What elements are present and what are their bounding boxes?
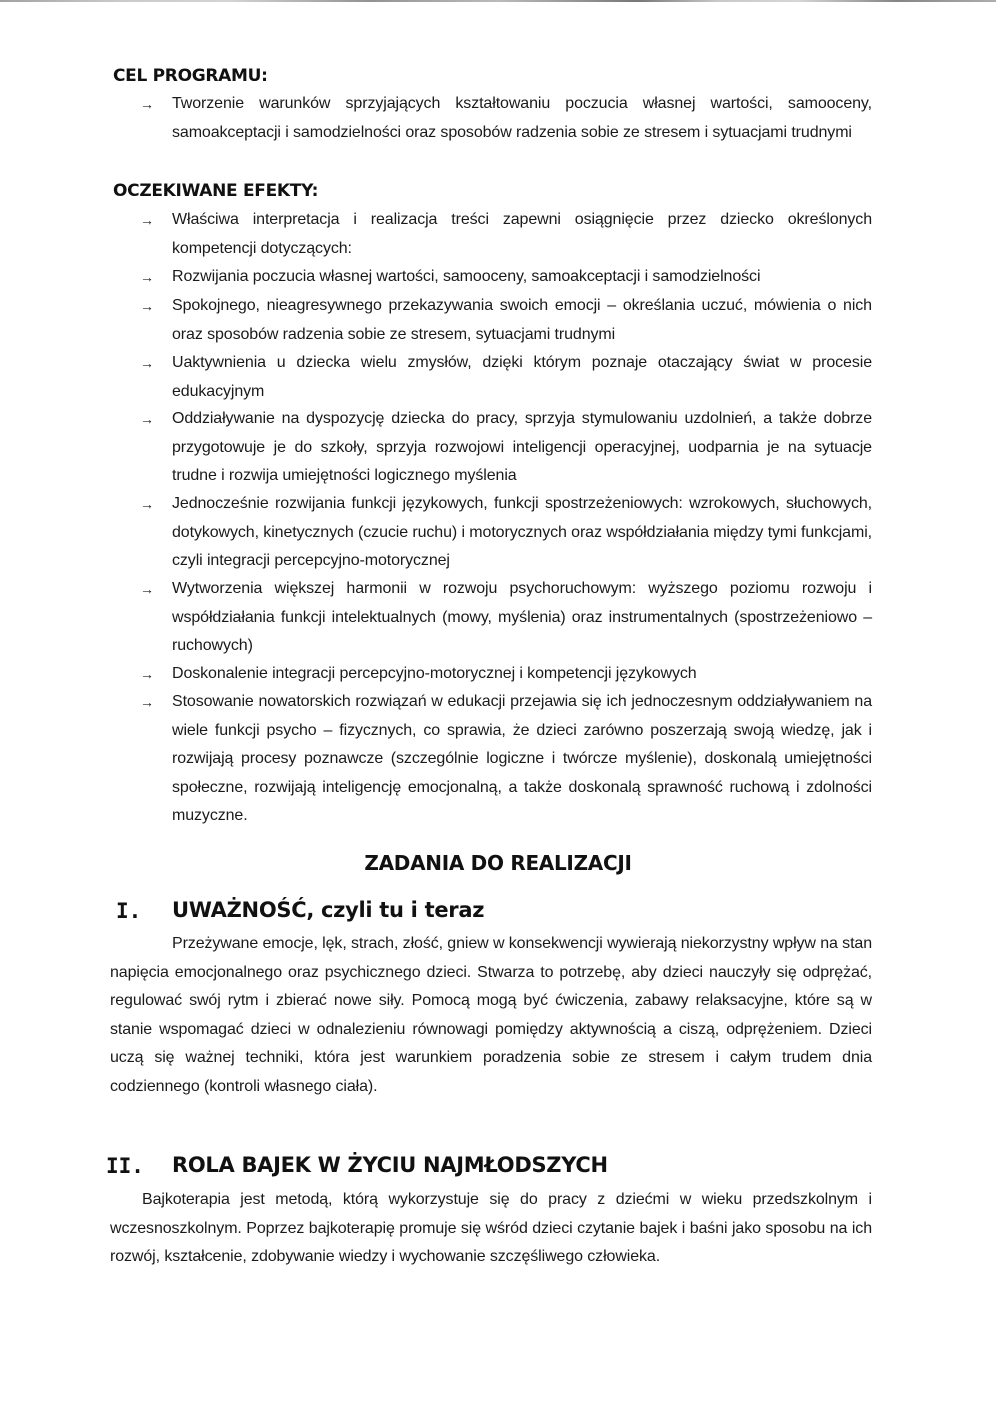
effect-item: → Uaktywnienia u dziecka wielu zmysłów, … (140, 349, 872, 406)
effect-item-text: Uaktywnienia u dziecka wielu zmysłów, dz… (172, 349, 872, 406)
effect-item-text: Oddziaływanie na dyspozycję dziecka do p… (172, 405, 872, 491)
section-2-body: Bajkoterapia jest metodą, którą wykorzys… (110, 1186, 872, 1272)
goal-item: → Tworzenie warunków sprzyjających kszta… (140, 90, 872, 147)
effect-item-text: Spokojnego, nieagresywnego przekazywania… (172, 292, 872, 349)
document-page: CEL PROGRAMU: → Tworzenie warunków sprzy… (0, 0, 996, 1411)
arrow-bullet-icon: → (140, 688, 154, 716)
arrow-bullet-icon: → (140, 660, 154, 688)
section-2-numeral: II. (106, 1154, 144, 1178)
effect-item-text: Wytworzenia większej harmonii w rozwoju … (172, 575, 872, 661)
arrow-bullet-icon: → (140, 263, 154, 291)
arrow-bullet-icon: → (140, 90, 154, 118)
effect-item: → Wytworzenia większej harmonii w rozwoj… (140, 575, 872, 661)
effect-item: → Spokojnego, nieagresywnego przekazywan… (140, 292, 872, 349)
arrow-bullet-icon: → (140, 349, 154, 377)
section-1-numeral: I. (116, 899, 141, 923)
effect-item: → Rozwijania poczucia własnej wartości, … (140, 263, 872, 292)
arrow-bullet-icon: → (140, 490, 154, 518)
effect-item: → Doskonalenie integracji percepcyjno-mo… (140, 660, 872, 689)
section-1-title: UWAŻNOŚĆ, czyli tu i teraz (172, 898, 484, 922)
goal-heading: CEL PROGRAMU: (113, 66, 268, 86)
effect-item-text: Jednocześnie rozwijania funkcji językowy… (172, 490, 872, 576)
arrow-bullet-icon: → (140, 575, 154, 603)
effects-heading: OCZEKIWANE EFEKTY: (113, 181, 318, 201)
section-2-title: ROLA BAJEK W ŻYCIU NAJMŁODSZYCH (172, 1153, 608, 1177)
effect-item-text: Rozwijania poczucia własnej wartości, sa… (172, 263, 872, 292)
effect-item: → Właściwa interpretacja i realizacja tr… (140, 206, 872, 263)
effect-item: → Stosowanie nowatorskich rozwiązań w ed… (140, 688, 872, 831)
goal-item-text: Tworzenie warunków sprzyjających kształt… (172, 90, 872, 147)
arrow-bullet-icon: → (140, 405, 154, 433)
effect-item-text: Właściwa interpretacja i realizacja treś… (172, 206, 872, 263)
effect-item: → Jednocześnie rozwijania funkcji języko… (140, 490, 872, 576)
effect-item: → Oddziaływanie na dyspozycję dziecka do… (140, 405, 872, 491)
tasks-heading: ZADANIA DO REALIZACJI (0, 851, 996, 875)
effect-item-text: Stosowanie nowatorskich rozwiązań w eduk… (172, 688, 872, 831)
effect-item-text: Doskonalenie integracji percepcyjno-moto… (172, 660, 872, 689)
section-1-body: Przeżywane emocje, lęk, strach, złość, g… (110, 930, 872, 1102)
arrow-bullet-icon: → (140, 206, 154, 234)
arrow-bullet-icon: → (140, 292, 154, 320)
